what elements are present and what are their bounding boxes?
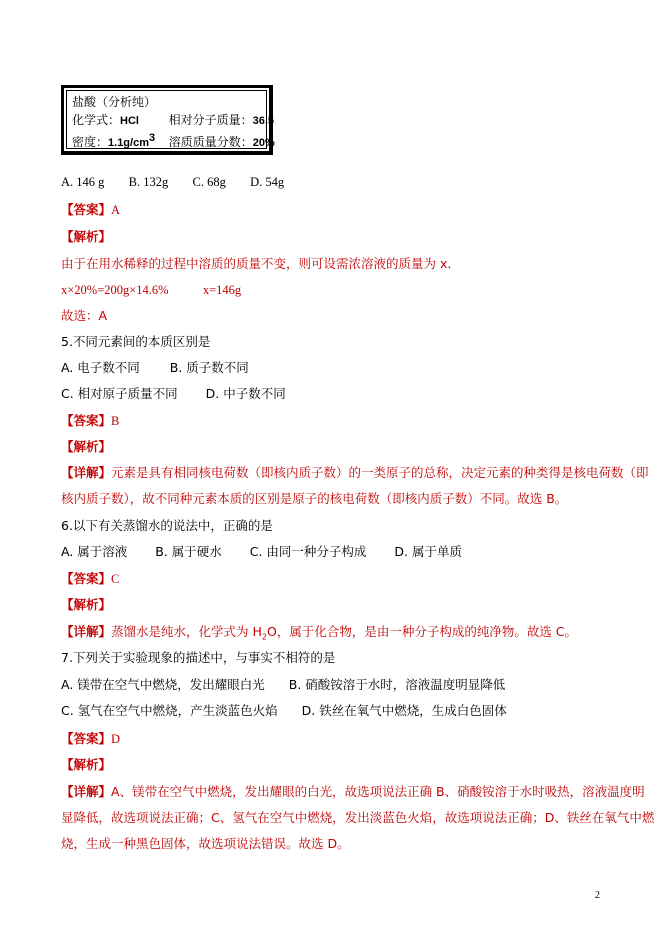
reagent-title: 盐酸（分析纯） <box>72 95 156 110</box>
q5-options-row2: C. 相对原子质量不同 D. 中子数不同 <box>61 386 286 402</box>
q5-detail-line2: 核内质子数），故不同种元素本质的区别是原子的核电荷数（即核内质子数）不同。故选 … <box>61 491 567 507</box>
q4-option-c: C. 68g <box>193 175 226 189</box>
density-label: 密度： <box>72 135 108 149</box>
q4-explanation: 由于在用水稀释的过程中溶质的质量不变，则可设需浓溶液的质量为 x． <box>61 256 460 272</box>
q5-options-row1: A. 电子数不同 B. 质子数不同 <box>61 360 249 376</box>
analysis-tag: 【解析】 <box>61 439 111 454</box>
q7-options-row1: A. 镁带在空气中燃烧，发出耀眼白光 B. 硝酸铵溶于水时，溶液温度明显降低 <box>61 677 505 693</box>
q6-option-c: C. 由同一种分子构成 <box>250 544 367 559</box>
detail-tag: 【详解】 <box>61 784 111 799</box>
q6-option-d: D. 属于单质 <box>394 544 462 559</box>
q4-equation-line: x×20%=200g×14.6% x=146g <box>61 282 241 298</box>
molar-mass-label: 相对分子质量： <box>169 113 253 127</box>
answer-value: D <box>111 732 120 746</box>
q5-option-c: C. 相对原子质量不同 <box>61 386 178 401</box>
q6-options: A. 属于溶液 B. 属于硬水 C. 由同一种分子构成 D. 属于单质 <box>61 544 462 560</box>
q7-detail-line1: 【详解】A、镁带在空气中燃烧，发出耀眼的白光，故选项说法正确 B、硝酸铵溶于水时… <box>61 784 645 800</box>
q6-analysis-tag: 【解析】 <box>61 597 111 613</box>
answer-value: B <box>111 414 119 428</box>
density-value: 1.1g/cm <box>108 137 149 149</box>
q7-detail-text3: 烧，生成一种黑色固体，故选项说法错误。故选 D。 <box>61 836 350 851</box>
q5-option-a: A. 电子数不同 <box>61 360 140 375</box>
q4-explanation-text: 由于在用水稀释的过程中溶质的质量不变，则可设需浓溶液的质量为 x． <box>61 256 460 271</box>
q4-option-a: A. 146 g <box>61 175 104 189</box>
answer-tag: 【答案】 <box>61 413 111 428</box>
q7-option-c: C. 氢气在空气中燃烧，产生淡蓝色火焰 <box>61 703 278 718</box>
q4-equation: x×20%=200g×14.6% <box>61 283 169 297</box>
answer-tag: 【答案】 <box>61 202 111 217</box>
q6-answer: 【答案】C <box>61 571 119 587</box>
q7-detail-text2: 显降低，故选项说法正确；C、氢气在空气中燃烧，发出淡蓝色火焰，故选项说法正确；D… <box>61 810 654 825</box>
q7-option-a: A. 镁带在空气中燃烧，发出耀眼白光 <box>61 677 265 692</box>
q5-option-d: D. 中子数不同 <box>206 386 286 401</box>
answer-tag: 【答案】 <box>61 571 111 586</box>
q4-option-b: B. 132g <box>129 175 169 189</box>
answer-value: A <box>111 203 120 217</box>
formula-label: 化学式： <box>72 113 120 127</box>
q5-analysis-tag: 【解析】 <box>61 439 111 455</box>
q7-question: 7.下列关于实验现象的描述中，与事实不相符的是 <box>61 650 335 666</box>
q4-option-d: D. 54g <box>250 175 284 189</box>
q6-question: 6.以下有关蒸馏水的说法中，正确的是 <box>61 518 273 534</box>
detail-tag: 【详解】 <box>61 465 111 480</box>
reagent-title-text: 盐酸（分析纯） <box>72 95 156 109</box>
q6-option-b: B. 属于硬水 <box>155 544 222 559</box>
formula-value: HCl <box>120 115 139 127</box>
q5-question: 5.不同元素间的本质区别是 <box>61 334 210 350</box>
q7-analysis-tag: 【解析】 <box>61 757 111 773</box>
molar-mass-value: 36.5 <box>253 115 274 127</box>
q6-detail-post: O，属于化合物，是由一种分子构成的纯净物。故选 C。 <box>267 624 577 639</box>
reagent-density-row: 密度：1.1g/cm3 溶质质量分数：20% <box>72 131 275 151</box>
q5-detail-text1: 元素是具有相同核电荷数（即核内质子数）的一类原子的总称，决定元素的种类得是核电荷… <box>111 465 649 480</box>
q7-detail-line2: 显降低，故选项说法正确；C、氢气在空气中燃烧，发出淡蓝色火焰，故选项说法正确；D… <box>61 810 654 826</box>
mass-fraction-label: 溶质质量分数： <box>169 135 253 149</box>
q6-option-a: A. 属于溶液 <box>61 544 127 559</box>
q4-answer: 【答案】A <box>61 202 120 218</box>
detail-tag: 【详解】 <box>61 624 111 639</box>
q5-answer: 【答案】B <box>61 413 119 429</box>
q4-result: x=146g <box>203 283 241 297</box>
answer-tag: 【答案】 <box>61 731 111 746</box>
answer-value: C <box>111 572 119 586</box>
q7-detail-text1: A、镁带在空气中燃烧，发出耀眼的白光，故选项说法正确 B、硝酸铵溶于水时吸热，溶… <box>111 784 645 799</box>
q4-options: A. 146 g B. 132g C. 68g D. 54g <box>61 174 284 190</box>
q7-detail-line3: 烧，生成一种黑色固体，故选项说法错误。故选 D。 <box>61 836 350 852</box>
q5-question-text: 5.不同元素间的本质区别是 <box>61 334 210 349</box>
q7-options-row2: C. 氢气在空气中燃烧，产生淡蓝色火焰 D. 铁丝在氧气中燃烧，生成白色固体 <box>61 703 507 719</box>
q6-question-text: 6.以下有关蒸馏水的说法中，正确的是 <box>61 518 273 533</box>
q5-detail-line1: 【详解】元素是具有相同核电荷数（即核内质子数）的一类原子的总称，决定元素的种类得… <box>61 465 649 481</box>
q4-analysis-tag: 【解析】 <box>61 229 111 245</box>
reagent-formula-row: 化学式：HCl 相对分子质量：36.5 <box>72 113 274 129</box>
q7-option-d: D. 铁丝在氧气中燃烧，生成白色固体 <box>302 703 507 718</box>
reagent-label-box: 盐酸（分析纯） 化学式：HCl 相对分子质量：36.5 密度：1.1g/cm3 … <box>61 85 273 155</box>
q7-answer: 【答案】D <box>61 731 120 747</box>
q6-detail-pre: 蒸馏水是纯水，化学式为 H <box>111 624 262 639</box>
analysis-tag: 【解析】 <box>61 229 111 244</box>
analysis-tag: 【解析】 <box>61 757 111 772</box>
mass-fraction-value: 20% <box>253 137 275 149</box>
q4-conclusion: 故选：A <box>61 308 107 324</box>
q6-detail: 【详解】蒸馏水是纯水，化学式为 H2O，属于化合物，是由一种分子构成的纯净物。故… <box>61 624 577 646</box>
q7-option-b: B. 硝酸铵溶于水时，溶液温度明显降低 <box>289 677 506 692</box>
q5-option-b: B. 质子数不同 <box>170 360 249 375</box>
q7-question-text: 7.下列关于实验现象的描述中，与事实不相符的是 <box>61 650 335 665</box>
density-exponent: 3 <box>149 132 155 144</box>
q5-detail-text2: 核内质子数），故不同种元素本质的区别是原子的核电荷数（即核内质子数）不同。故选 … <box>61 491 567 506</box>
page-number: 2 <box>595 890 600 901</box>
analysis-tag: 【解析】 <box>61 597 111 612</box>
q4-conclusion-text: 故选：A <box>61 308 107 323</box>
